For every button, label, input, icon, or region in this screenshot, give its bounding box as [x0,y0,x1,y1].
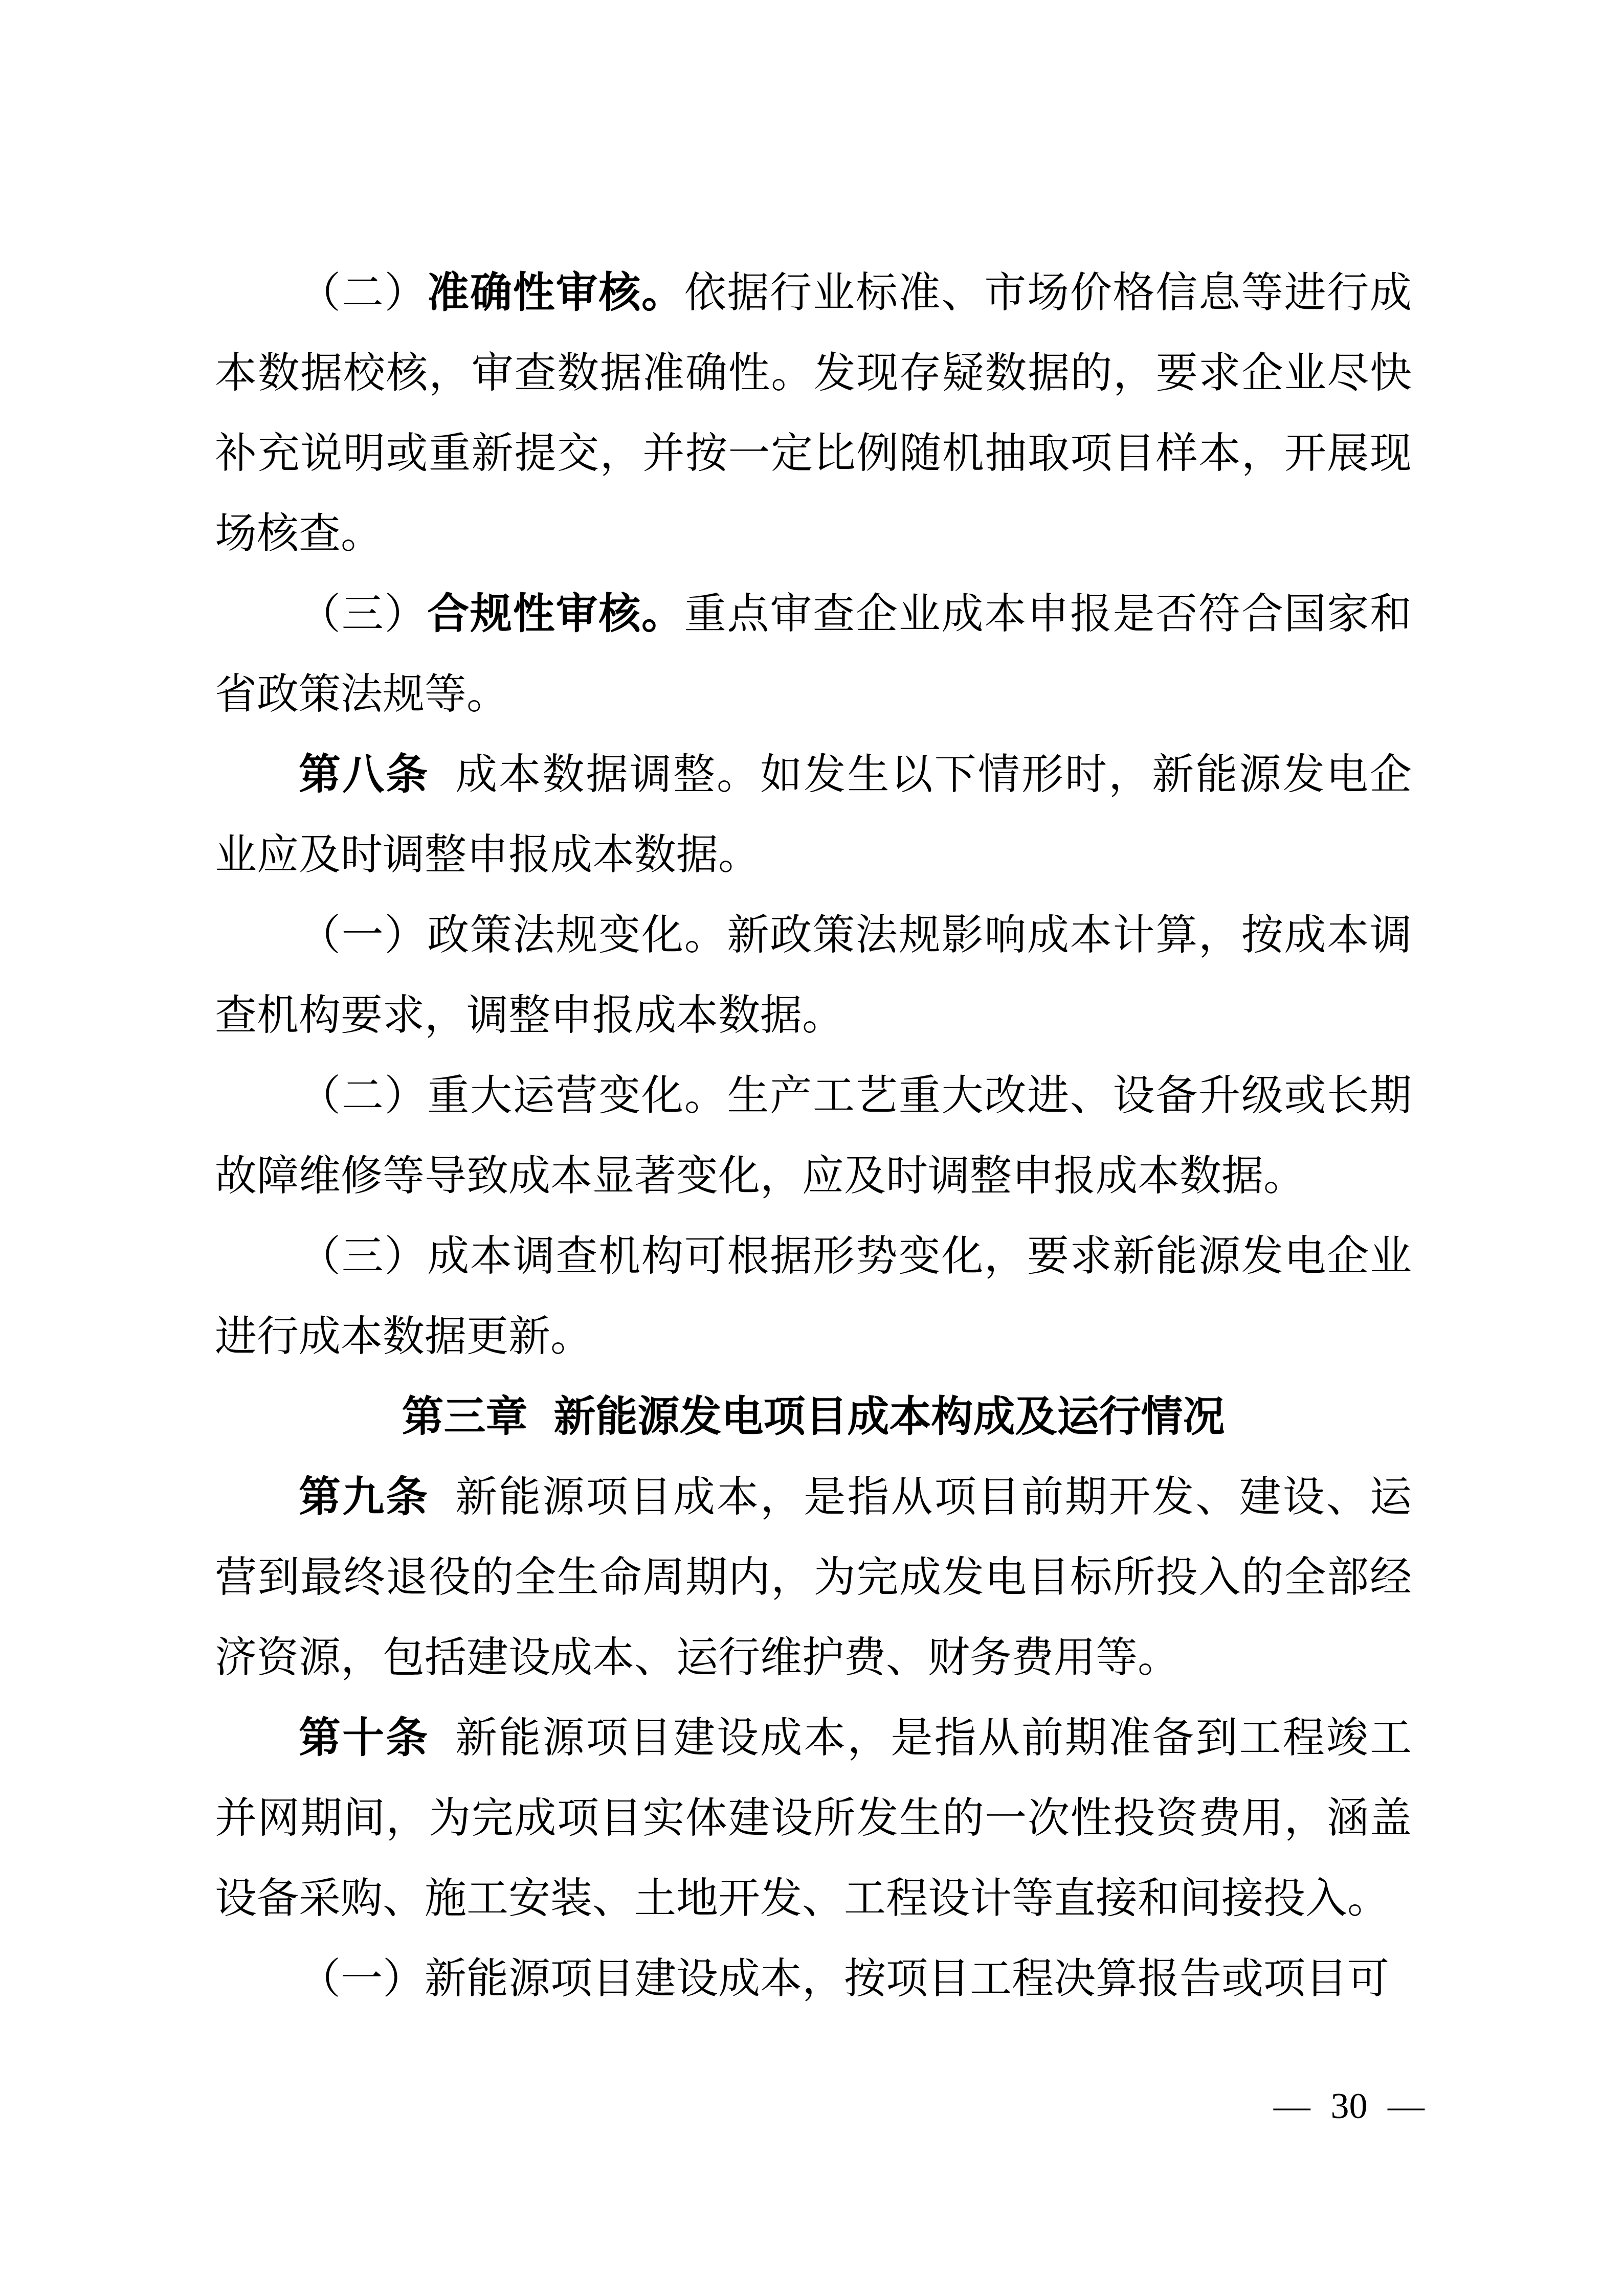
list-marker: （三） [299,591,427,637]
document-page: （二）准确性审核。依据行业标准、市场价格信息等进行成本数据校核，审查数据准确性。… [0,0,1624,2296]
paragraph: 第八条成本数据调整。如发生以下情形时，新能源发电企业应及时调整申报成本数据。 [215,734,1412,895]
paragraph: （三）合规性审核。重点审查企业成本申报是否符合国家和省政策法规等。 [215,574,1412,734]
article-number: 第十条 [299,1715,429,1761]
text-run: （一）新能源项目建设成本，按项目工程决算报告或项目可 [299,1955,1389,2002]
chapter-number: 第三章 [402,1393,528,1440]
paragraph: 第十条新能源项目建设成本，是指从前期准备到工程竣工并网期间，为完成项目实体建设所… [215,1698,1412,1939]
text-run: （一）政策法规变化。新政策法规影响成本计算，按成本调查机构要求，调整申报成本数据… [215,912,1412,1039]
paragraph: （一）新能源项目建设成本，按项目工程决算报告或项目可 [215,1939,1412,2019]
item-title: 准确性审核。 [427,269,684,316]
article-number: 第九条 [299,1474,429,1520]
article-number: 第八条 [299,751,429,798]
item-title: 合规性审核。 [427,591,684,637]
paragraph: （三）成本调查机构可根据形势变化，要求新能源发电企业进行成本数据更新。 [215,1216,1412,1377]
chapter-title: 新能源发电项目成本构成及运行情况 [553,1393,1225,1440]
page-number: — 30 — [1274,2085,1425,2126]
paragraph: （二）准确性审核。依据行业标准、市场价格信息等进行成本数据校核，审查数据准确性。… [215,253,1412,574]
text-run: （三）成本调查机构可根据形势变化，要求新能源发电企业进行成本数据更新。 [215,1233,1412,1360]
paragraph: （一）政策法规变化。新政策法规影响成本计算，按成本调查机构要求，调整申报成本数据… [215,895,1412,1055]
paragraph: 第九条新能源项目成本，是指从项目前期开发、建设、运营到最终退役的全生命周期内，为… [215,1457,1412,1698]
text-run: （二）重大运营变化。生产工艺重大改进、设备升级或长期故障维修等导致成本显著变化，… [215,1072,1412,1199]
list-marker: （二） [299,269,427,316]
paragraph: （二）重大运营变化。生产工艺重大改进、设备升级或长期故障维修等导致成本显著变化，… [215,1055,1412,1216]
document-body: （二）准确性审核。依据行业标准、市场价格信息等进行成本数据校核，审查数据准确性。… [215,253,1412,2019]
chapter-heading: 第三章新能源发电项目成本构成及运行情况 [215,1377,1412,1457]
